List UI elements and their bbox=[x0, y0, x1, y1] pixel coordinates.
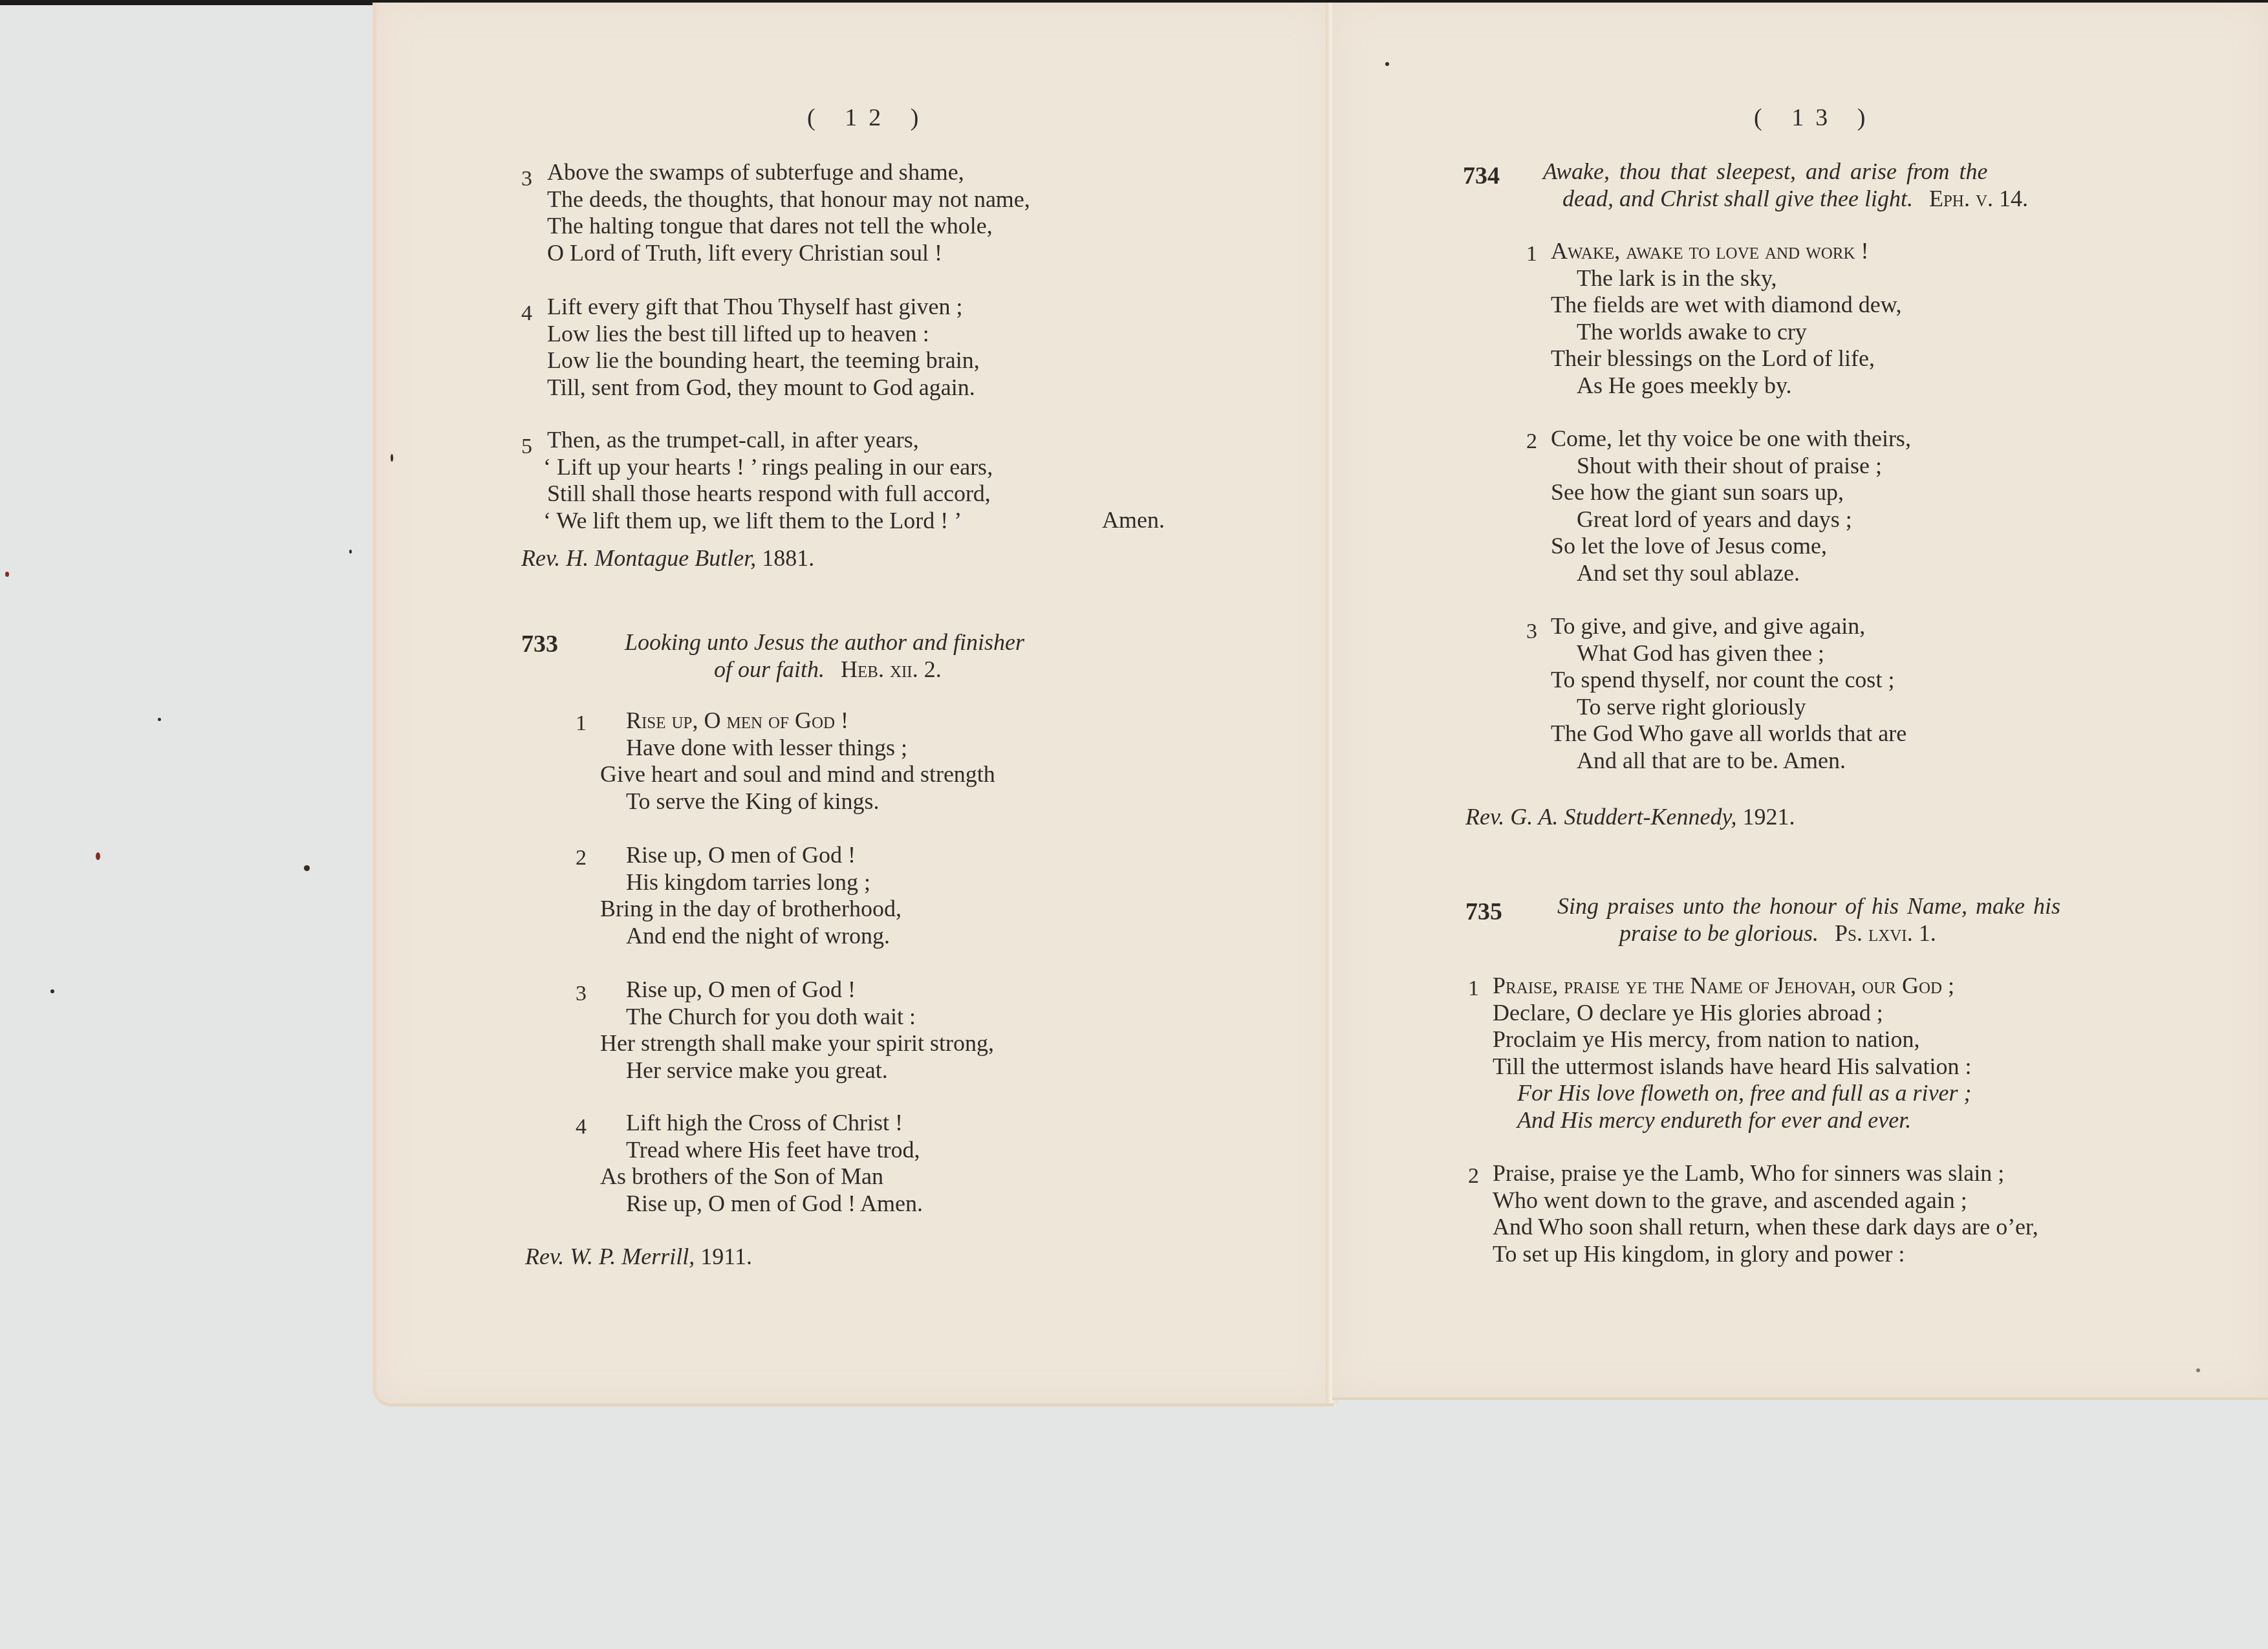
dust-speck bbox=[5, 572, 9, 577]
attribution: Rev. G. A. Studdert-Kennedy, 1921. bbox=[1465, 803, 1795, 830]
hymn-heading-line2: of our faith. Heb. xii. 2. bbox=[714, 656, 942, 683]
page-number: ( 12 ) bbox=[807, 103, 930, 132]
verse-line: Till the uttermost islands have heard Hi… bbox=[1493, 1053, 1972, 1081]
author-name: Rev. W. P. Merrill, bbox=[525, 1244, 695, 1269]
scripture-reference: Eph. v. 14. bbox=[1929, 186, 2028, 211]
scripture-reference: Heb. xii. 2. bbox=[841, 656, 942, 682]
verse-line: Great lord of years and days ; bbox=[1577, 506, 1911, 533]
verse-number: 3 bbox=[576, 982, 587, 1006]
verse-line: Shout with their shout of praise ; bbox=[1577, 453, 1911, 480]
refrain-line: And His mercy endureth for ever and ever… bbox=[1517, 1107, 1972, 1134]
verse-line: To spend thyself, nor count the cost ; bbox=[1551, 667, 1906, 694]
verse-line: The worlds awake to cry bbox=[1577, 319, 1902, 346]
dust-speck bbox=[96, 852, 100, 860]
verse-line: The lark is in the sky, bbox=[1577, 265, 1902, 292]
verse-line: Low lie the bounding heart, the teeming … bbox=[547, 347, 980, 374]
verse-line: Declare, O declare ye His glories abroad… bbox=[1493, 1000, 1972, 1027]
verse-line: Her strength shall make your spirit stro… bbox=[600, 1030, 994, 1057]
verse-line: The deeds, the thoughts, that honour may… bbox=[547, 186, 1030, 213]
verse-line: So let the love of Jesus come, bbox=[1551, 533, 1911, 560]
attribution: Rev. W. P. Merrill, 1911. bbox=[525, 1243, 752, 1270]
hymn-heading-line1: Awake, thou that sleepest, and arise fro… bbox=[1543, 158, 1988, 185]
author-year: 1911. bbox=[700, 1244, 752, 1269]
verse-number: 5 bbox=[521, 435, 532, 459]
verse-line: Above the swamps of subterfuge and shame… bbox=[547, 159, 1030, 186]
verse-line: What God has given thee ; bbox=[1577, 640, 1906, 667]
verse-number: 1 bbox=[576, 711, 587, 736]
hymn-number: 733 bbox=[521, 630, 558, 658]
right-page: ( 13 ) 734 Awake, thou that sleepest, an… bbox=[1332, 3, 2268, 1400]
verse-number: 3 bbox=[521, 167, 532, 191]
page-number: ( 13 ) bbox=[1754, 103, 1877, 132]
verse-number: 1 bbox=[1468, 976, 1479, 1001]
hymn-heading-line2: praise to be glorious. Ps. lxvi. 1. bbox=[1619, 920, 1936, 947]
verse-line: Their blessings on the Lord of life, bbox=[1551, 345, 1902, 372]
verse-line: To set up His kingdom, in glory and powe… bbox=[1493, 1241, 2038, 1268]
verse-line: His kingdom tarries long ; bbox=[626, 869, 902, 896]
hymn-heading-line1: Looking unto Jesus the author and finish… bbox=[625, 629, 1024, 656]
verse-line: Come, let thy voice be one with theirs, bbox=[1551, 426, 1911, 453]
heading-text: dead, and Christ shall give thee light. bbox=[1562, 186, 1913, 211]
verse-line: Who went down to the grave, and ascended… bbox=[1493, 1187, 2038, 1214]
verse-number: 3 bbox=[1526, 620, 1537, 644]
verse-line: See how the giant sun soars up, bbox=[1551, 479, 1911, 506]
heading-text: of our faith. bbox=[714, 656, 825, 682]
author-year: 1921. bbox=[1743, 804, 1795, 830]
verse-line: And Who soon shall return, when these da… bbox=[1493, 1214, 2038, 1241]
verse-line: Lift high the Cross of Christ ! bbox=[626, 1110, 923, 1137]
verse-line: Then, as the trumpet-call, in after year… bbox=[547, 427, 993, 454]
hymn-number: 735 bbox=[1465, 898, 1502, 926]
verse-line: ‘ Lift up your hearts ! ’ rings pealing … bbox=[543, 454, 993, 481]
verse-line: Bring in the day of brotherhood, bbox=[600, 896, 902, 923]
verse-number: 4 bbox=[576, 1115, 587, 1139]
verse-line: Rise up, O men of God ! bbox=[626, 842, 902, 869]
verse-number: 4 bbox=[521, 301, 532, 326]
verse-line: Rise up, O men of God ! Amen. bbox=[626, 1191, 923, 1218]
dust-speck bbox=[391, 454, 393, 462]
verse-number: 2 bbox=[576, 846, 587, 870]
verse-line: Rise up, O men of God ! bbox=[626, 976, 994, 1004]
verse-line: Lift every gift that Thou Thyself hast g… bbox=[547, 294, 980, 321]
verse-line: Praise, praise ye the Name of Jehovah, o… bbox=[1493, 973, 1972, 1000]
left-page: ( 12 ) 3 Above the swamps of subterfuge … bbox=[373, 3, 1334, 1406]
verse-line: Praise, praise ye the Lamb, Who for sinn… bbox=[1493, 1160, 2038, 1187]
verse-line: Proclaim ye His mercy, from nation to na… bbox=[1493, 1026, 1972, 1053]
verse-line: And end the night of wrong. bbox=[626, 923, 902, 950]
verse-number: 1 bbox=[1526, 242, 1537, 266]
verse-line: To give, and give, and give again, bbox=[1551, 613, 1906, 640]
verse-number: 2 bbox=[1526, 429, 1537, 454]
verse-line: To serve the King of kings. bbox=[626, 788, 995, 815]
dust-speck bbox=[2196, 1368, 2200, 1372]
verse-line: Till, sent from God, they mount to God a… bbox=[547, 374, 980, 402]
verse-line: The Church for you doth wait : bbox=[626, 1004, 994, 1031]
dust-speck bbox=[1385, 62, 1389, 66]
dust-speck bbox=[304, 865, 310, 871]
dust-speck bbox=[50, 989, 54, 993]
verse-line: Her service make you great. bbox=[626, 1057, 994, 1084]
verse-line: Still shall those hearts respond with fu… bbox=[547, 480, 993, 508]
verse-line: To serve right gloriously bbox=[1577, 694, 1906, 721]
verse-line: The fields are wet with diamond dew, bbox=[1551, 292, 1902, 319]
author-year: 1881. bbox=[762, 545, 814, 571]
author-name: Rev. G. A. Studdert-Kennedy, bbox=[1465, 804, 1737, 830]
amen: Amen. bbox=[1102, 507, 1165, 534]
verse-line: As He goes meekly by. bbox=[1577, 372, 1902, 400]
verse-line: Rise up, O men of God ! bbox=[626, 707, 995, 735]
hymn-heading-line1: Sing praises unto the honour of his Name… bbox=[1557, 892, 2060, 920]
verse-line: The God Who gave all worlds that are bbox=[1551, 720, 1906, 748]
hymn-number: 734 bbox=[1463, 162, 1500, 190]
verse-line: Have done with lesser things ; bbox=[626, 735, 995, 762]
verse-line: O Lord of Truth, lift every Christian so… bbox=[547, 240, 1030, 267]
verse-line: Low lies the best till lifted up to heav… bbox=[547, 321, 980, 348]
verse-line: Give heart and soul and mind and strengt… bbox=[600, 761, 995, 788]
verse-line: And all that are to be. Amen. bbox=[1577, 748, 1906, 775]
dust-speck bbox=[349, 550, 352, 554]
verse-line: As brothers of the Son of Man bbox=[600, 1163, 923, 1191]
attribution: Rev. H. Montague Butler, 1881. bbox=[521, 544, 814, 572]
dust-speck bbox=[158, 718, 161, 721]
refrain-line: For His love floweth on, free and full a… bbox=[1517, 1080, 1972, 1107]
verse-line: And set thy soul ablaze. bbox=[1577, 560, 1911, 587]
verse-line: Tread where His feet have trod, bbox=[626, 1137, 923, 1164]
verse-line: Awake, awake to love and work ! bbox=[1551, 238, 1902, 265]
heading-text: praise to be glorious. bbox=[1619, 920, 1819, 946]
scripture-reference: Ps. lxvi. 1. bbox=[1835, 920, 1936, 946]
author-name: Rev. H. Montague Butler, bbox=[521, 545, 756, 571]
verse-line: The halting tongue that dares not tell t… bbox=[547, 213, 1030, 240]
verse-number: 2 bbox=[1468, 1164, 1479, 1189]
verse-line: ‘ We lift them up, we lift them to the L… bbox=[543, 508, 993, 535]
hymn-heading-line2: dead, and Christ shall give thee light. … bbox=[1562, 185, 2028, 212]
